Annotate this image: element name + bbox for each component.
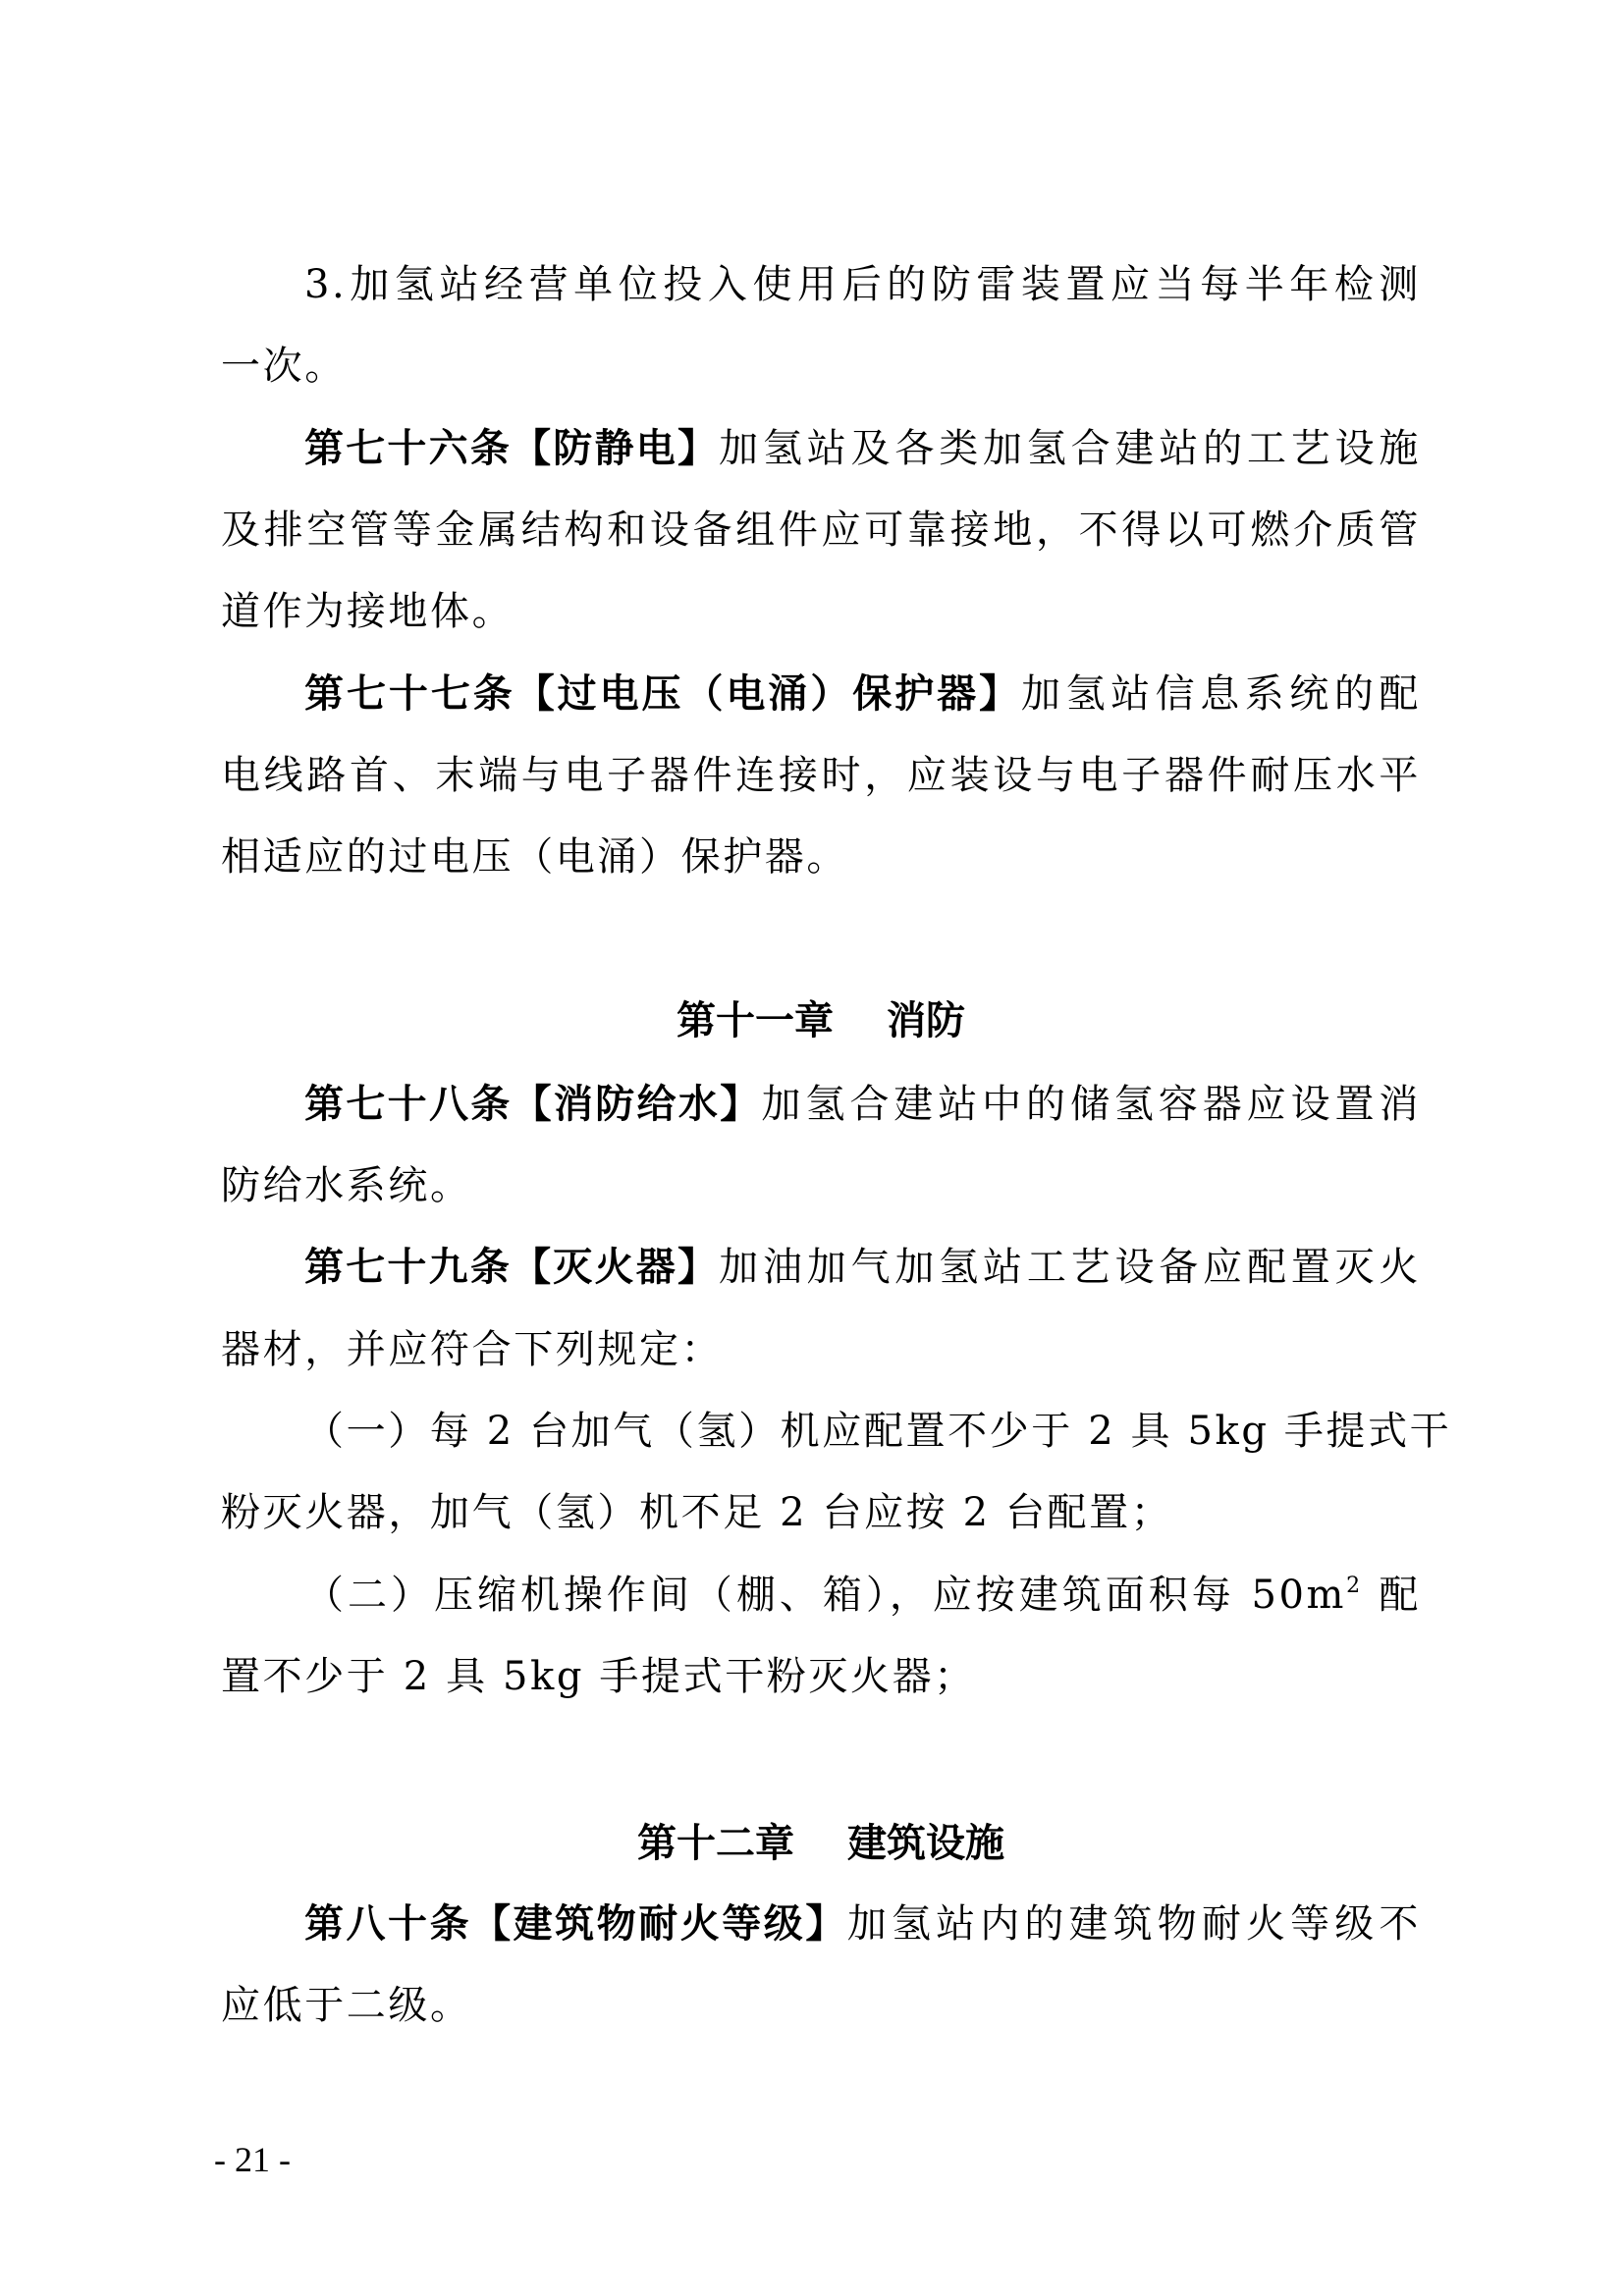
page-number: - 21 - bbox=[214, 2138, 291, 2181]
article-text: 应低于二级。 bbox=[221, 1983, 472, 2028]
article-text: 相适应的过电压（电涌）保护器。 bbox=[221, 834, 848, 880]
article-76-line-2: 及排空管等金属结构和设备组件应可靠接地，不得以可燃介质管 bbox=[221, 501, 1421, 560]
article-text: 加油加气加氢站工艺设备应配置灭火 bbox=[719, 1245, 1421, 1290]
article-text: 加氢合建站中的储氢容器应设置消 bbox=[762, 1082, 1421, 1127]
article-text: 加氢站信息系统的配 bbox=[1021, 671, 1421, 717]
article-76-line-1: 第七十六条【防静电】加氢站及各类加氢合建站的工艺设施 bbox=[304, 419, 1421, 478]
paragraph-text: 一次。 bbox=[221, 344, 347, 389]
article-text: 加氢站内的建筑物耐火等级不 bbox=[847, 1901, 1421, 1947]
article-text: 防给水系统。 bbox=[221, 1163, 472, 1208]
article-heading: 第八十条【建筑物耐火等级】 bbox=[304, 1901, 847, 1947]
article-heading: 第七十九条【灭火器】 bbox=[304, 1245, 719, 1290]
clause-text: 置不少于 2 具 5kg 手提式干粉灭火器； bbox=[221, 1654, 976, 1699]
article-78-line-1: 第七十八条【消防给水】加氢合建站中的储氢容器应设置消 bbox=[304, 1075, 1421, 1134]
clause-1-line-1: （一）每 2 台加气（氢）机应配置不少于 2 具 5kg 手提式干 bbox=[304, 1402, 1421, 1461]
clause-text: （二）压缩机操作间（棚、箱），应按建筑面积每 50m bbox=[304, 1573, 1346, 1618]
clause-1-line-2: 粉灭火器，加气（氢）机不足 2 台应按 2 台配置； bbox=[221, 1483, 1421, 1542]
article-77-line-1: 第七十七条【过电压（电涌）保护器】加氢站信息系统的配 bbox=[304, 665, 1421, 723]
article-76-line-3: 道作为接地体。 bbox=[221, 582, 1421, 641]
chapter-12-heading: 第十二章 建筑设施 bbox=[221, 1814, 1421, 1873]
article-heading: 第七十七条【过电压（电涌）保护器】 bbox=[304, 671, 1021, 717]
article-79-line-1: 第七十九条【灭火器】加油加气加氢站工艺设备应配置灭火 bbox=[304, 1238, 1421, 1297]
clause-2-line-2: 置不少于 2 具 5kg 手提式干粉灭火器； bbox=[221, 1647, 1421, 1706]
clause-text: （一）每 2 台加气（氢）机应配置不少于 2 具 5kg 手提式干 bbox=[304, 1409, 1451, 1454]
document-page: 3.加氢站经营单位投入使用后的防雷装置应当每半年检测 一次。 第七十六条【防静电… bbox=[0, 0, 1624, 2296]
clause-text: 配 bbox=[1363, 1573, 1421, 1618]
article-80-line-2: 应低于二级。 bbox=[221, 1976, 1421, 2035]
article-text: 器材，并应符合下列规定： bbox=[221, 1327, 723, 1372]
article-heading: 第七十六条【防静电】 bbox=[304, 426, 719, 471]
clause-2-line-1: （二）压缩机操作间（棚、箱），应按建筑面积每 50m2 配 bbox=[304, 1566, 1421, 1625]
article-heading: 第七十八条【消防给水】 bbox=[304, 1082, 762, 1127]
article-77-line-2: 电线路首、末端与电子器件连接时，应装设与电子器件耐压水平 bbox=[221, 746, 1421, 805]
article-text: 道作为接地体。 bbox=[221, 589, 514, 634]
article-text: 加氢站及各类加氢合建站的工艺设施 bbox=[719, 426, 1421, 471]
paragraph-line: 3.加氢站经营单位投入使用后的防雷装置应当每半年检测 bbox=[304, 255, 1421, 314]
paragraph-line: 一次。 bbox=[221, 337, 1421, 396]
article-80-line-1: 第八十条【建筑物耐火等级】加氢站内的建筑物耐火等级不 bbox=[304, 1895, 1421, 1953]
article-text: 电线路首、末端与电子器件连接时，应装设与电子器件耐压水平 bbox=[221, 753, 1421, 798]
article-78-line-2: 防给水系统。 bbox=[221, 1156, 1421, 1215]
chapter-11-heading: 第十一章 消防 bbox=[221, 991, 1421, 1050]
paragraph-text: 3.加氢站经营单位投入使用后的防雷装置应当每半年检测 bbox=[304, 262, 1421, 307]
clause-text: 粉灭火器，加气（氢）机不足 2 台应按 2 台配置； bbox=[221, 1490, 1172, 1535]
article-79-line-2: 器材，并应符合下列规定： bbox=[221, 1320, 1421, 1379]
superscript: 2 bbox=[1346, 1574, 1363, 1598]
article-text: 及排空管等金属结构和设备组件应可靠接地，不得以可燃介质管 bbox=[221, 507, 1421, 553]
article-77-line-3: 相适应的过电压（电涌）保护器。 bbox=[221, 828, 1421, 886]
